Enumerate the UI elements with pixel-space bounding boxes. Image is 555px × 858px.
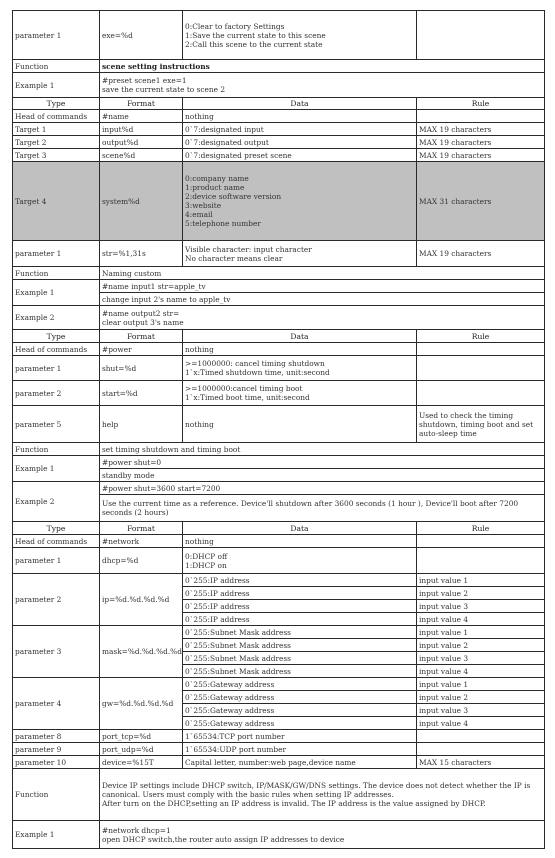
type-cell: parameter 9	[13, 743, 100, 756]
rule-cell: Used to check the timing shutdown, timin…	[417, 406, 545, 443]
data-cell: 0:company name 1:product name 2:device s…	[183, 162, 417, 241]
rule-cell	[417, 730, 545, 743]
type-cell: Target 2	[13, 136, 100, 149]
example-desc: standby mode	[100, 469, 545, 482]
data-cell: 0:DHCP off 1:DHCP on	[183, 548, 417, 574]
table-row: Target 3 scene%d 0`7:designated preset s…	[13, 149, 545, 162]
example-text: #network dhcp=1 open DHCP switch,the rou…	[100, 821, 545, 849]
rule-cell	[417, 343, 545, 356]
table-row: Function set timing shutdown and timing …	[13, 443, 545, 456]
type-cell: Function	[13, 267, 100, 280]
type-cell: Example 1	[13, 821, 100, 849]
rule-cell: MAX 19 characters	[417, 123, 545, 136]
data-cell: 0`255:IP address	[183, 600, 417, 613]
rule-cell: input value 1	[417, 678, 545, 691]
rule-cell: input value 2	[417, 587, 545, 600]
data-cell: >=1000000: cancel timing shutdown 1`x:Ti…	[183, 356, 417, 381]
format-cell: system%d	[100, 162, 183, 241]
type-cell: Example 1	[13, 73, 100, 98]
type-cell: Head of commands	[13, 343, 100, 356]
data-cell: nothing	[183, 535, 417, 548]
header-data: Data	[183, 522, 417, 535]
data-cell: 0`255:Subnet Mask address	[183, 665, 417, 678]
example-text: #name output2 str= clear output 3's name	[100, 306, 545, 330]
header-rule: Rule	[417, 522, 545, 535]
rule-cell: input value 3	[417, 600, 545, 613]
table-row: Head of commands #network nothing	[13, 535, 545, 548]
table-row: Example 1 #preset scene1 exe=1 save the …	[13, 73, 545, 98]
table-row: parameter 1 str=%1,31s Visible character…	[13, 241, 545, 267]
table-row: parameter 8 port_tcp=%d 1`65534:TCP port…	[13, 730, 545, 743]
table-row: parameter 9 port_udp=%d 1`65534:UDP port…	[13, 743, 545, 756]
type-cell: Target 3	[13, 149, 100, 162]
format-cell: gw=%d.%d.%d.%d	[100, 678, 183, 730]
type-cell: Function	[13, 60, 100, 73]
rule-cell: input value 1	[417, 574, 545, 587]
table-row: parameter 1 dhcp=%d 0:DHCP off 1:DHCP on	[13, 548, 545, 574]
table-row: Function Naming custom	[13, 267, 545, 280]
table-row: parameter 2 start=%d >=1000000:cancel ti…	[13, 381, 545, 406]
command-reference-table: parameter 1 exe=%d 0:Clear to factory Se…	[12, 10, 545, 849]
rule-cell: MAX 19 characters	[417, 241, 545, 267]
type-cell: Example 1	[13, 280, 100, 306]
format-cell: ip=%d.%d.%d.%d	[100, 574, 183, 626]
header-row: Type Format Data Rule	[13, 522, 545, 535]
header-type: Type	[13, 522, 100, 535]
data-cell: 0`255:Gateway address	[183, 717, 417, 730]
table-row: parameter 1 exe=%d 0:Clear to factory Se…	[13, 11, 545, 60]
data-cell: 0`255:Subnet Mask address	[183, 626, 417, 639]
table-row: Target 1 input%d 0`7:designated input MA…	[13, 123, 545, 136]
rule-cell: input value 4	[417, 613, 545, 626]
type-cell: parameter 1	[13, 11, 100, 60]
data-cell: 0:Clear to factory Settings 1:Save the c…	[183, 11, 417, 60]
format-cell: start=%d	[100, 381, 183, 406]
table-row: Function Device IP settings include DHCP…	[13, 769, 545, 821]
format-cell: input%d	[100, 123, 183, 136]
header-format: Format	[100, 98, 183, 110]
example-text: #preset scene1 exe=1 save the current st…	[100, 73, 545, 98]
example-command: #name input1 str=apple_tv	[100, 280, 545, 293]
rule-cell	[417, 356, 545, 381]
format-cell: str=%1,31s	[100, 241, 183, 267]
table-row: Example 1 #network dhcp=1 open DHCP swit…	[13, 821, 545, 849]
table-row: parameter 5 help nothing Used to check t…	[13, 406, 545, 443]
header-data: Data	[183, 98, 417, 110]
header-row: Type Format Data Rule	[13, 330, 545, 343]
format-cell: #name	[100, 110, 183, 123]
table-row: Target 2 output%d 0`7:designated output …	[13, 136, 545, 149]
data-cell: 0`255:Subnet Mask address	[183, 652, 417, 665]
header-data: Data	[183, 330, 417, 343]
rule-cell: MAX 19 characters	[417, 136, 545, 149]
type-cell: parameter 5	[13, 406, 100, 443]
header-type: Type	[13, 330, 100, 343]
rule-cell: input value 1	[417, 626, 545, 639]
type-cell: Target 4	[13, 162, 100, 241]
table-row: Head of commands #name nothing	[13, 110, 545, 123]
type-cell: Example 1	[13, 456, 100, 482]
type-cell: Head of commands	[13, 535, 100, 548]
header-format: Format	[100, 522, 183, 535]
rule-cell: input value 4	[417, 665, 545, 678]
table-row: parameter 10 device=%15T Capital letter,…	[13, 756, 545, 769]
rule-cell: input value 2	[417, 691, 545, 704]
data-cell: 1`65534:UDP port number	[183, 743, 417, 756]
rule-cell	[417, 11, 545, 60]
type-cell: Target 1	[13, 123, 100, 136]
header-rule: Rule	[417, 330, 545, 343]
example-desc: Use the current time as a reference. Dev…	[100, 495, 545, 522]
format-cell: exe=%d	[100, 11, 183, 60]
format-cell: output%d	[100, 136, 183, 149]
data-cell: 0`255:Gateway address	[183, 704, 417, 717]
table-row: parameter 4 gw=%d.%d.%d.%d 0`255:Gateway…	[13, 678, 545, 691]
rule-cell: input value 4	[417, 717, 545, 730]
header-rule: Rule	[417, 98, 545, 110]
type-cell: Example 2	[13, 306, 100, 330]
table-row: Example 1 #power shut=0	[13, 456, 545, 469]
type-cell: Example 2	[13, 482, 100, 522]
rule-cell	[417, 548, 545, 574]
data-cell: nothing	[183, 406, 417, 443]
type-cell: Function	[13, 769, 100, 821]
table-row: Example 1 #name input1 str=apple_tv	[13, 280, 545, 293]
function-text: Naming custom	[100, 267, 545, 280]
format-cell: shut=%d	[100, 356, 183, 381]
type-cell: parameter 4	[13, 678, 100, 730]
format-cell: port_tcp=%d	[100, 730, 183, 743]
data-cell: 0`7:designated output	[183, 136, 417, 149]
rule-cell: input value 3	[417, 704, 545, 717]
function-text: Device IP settings include DHCP switch, …	[100, 769, 545, 821]
example-desc: change input 2's name to apple_tv	[100, 293, 545, 306]
rule-cell: input value 3	[417, 652, 545, 665]
data-cell: 1`65534:TCP port number	[183, 730, 417, 743]
type-cell: Head of commands	[13, 110, 100, 123]
table-row-highlighted: Target 4 system%d 0:company name 1:produ…	[13, 162, 545, 241]
rule-cell	[417, 535, 545, 548]
format-cell: #network	[100, 535, 183, 548]
data-cell: 0`255:Gateway address	[183, 678, 417, 691]
type-cell: parameter 2	[13, 381, 100, 406]
data-cell: 0`255:IP address	[183, 613, 417, 626]
data-cell: nothing	[183, 110, 417, 123]
type-cell: parameter 1	[13, 241, 100, 267]
data-cell: >=1000000:cancel timing boot 1`x:Timed b…	[183, 381, 417, 406]
table-row: Example 2 #power shut=3600 start=7200	[13, 482, 545, 495]
format-cell: scene%d	[100, 149, 183, 162]
type-cell: parameter 1	[13, 356, 100, 381]
header-row: Type Format Data Rule	[13, 98, 545, 110]
data-cell: 0`255:Gateway address	[183, 691, 417, 704]
table-row: parameter 3 mask=%d.%d.%d.%d 0`255:Subne…	[13, 626, 545, 639]
data-cell: 0`7:designated input	[183, 123, 417, 136]
table-row: parameter 1 shut=%d >=1000000: cancel ti…	[13, 356, 545, 381]
rule-cell	[417, 381, 545, 406]
type-cell: parameter 10	[13, 756, 100, 769]
rule-cell: MAX 19 characters	[417, 149, 545, 162]
format-cell: device=%15T	[100, 756, 183, 769]
table-row: Head of commands #power nothing	[13, 343, 545, 356]
header-format: Format	[100, 330, 183, 343]
rule-cell: MAX 15 characters	[417, 756, 545, 769]
type-cell: parameter 1	[13, 548, 100, 574]
data-cell: 0`255:Subnet Mask address	[183, 639, 417, 652]
example-command: #power shut=0	[100, 456, 545, 469]
table-row: Example 2 #name output2 str= clear outpu…	[13, 306, 545, 330]
rule-cell	[417, 743, 545, 756]
data-cell: 0`7:designated preset scene	[183, 149, 417, 162]
example-command: #power shut=3600 start=7200	[100, 482, 545, 495]
data-cell: Capital letter, number:web page,device n…	[183, 756, 417, 769]
table-row: Function scene setting instructions	[13, 60, 545, 73]
format-cell: mask=%d.%d.%d.%d	[100, 626, 183, 678]
rule-cell: input value 2	[417, 639, 545, 652]
format-cell: help	[100, 406, 183, 443]
type-cell: parameter 2	[13, 574, 100, 626]
format-cell: #power	[100, 343, 183, 356]
header-type: Type	[13, 98, 100, 110]
format-cell: port_udp=%d	[100, 743, 183, 756]
data-cell: nothing	[183, 343, 417, 356]
data-cell: Visible character: input character No ch…	[183, 241, 417, 267]
data-cell: 0`255:IP address	[183, 587, 417, 600]
format-cell: dhcp=%d	[100, 548, 183, 574]
data-cell: 0`255:IP address	[183, 574, 417, 587]
table-row: parameter 2 ip=%d.%d.%d.%d 0`255:IP addr…	[13, 574, 545, 587]
rule-cell: MAX 31 characters	[417, 162, 545, 241]
function-text: set timing shutdown and timing boot	[100, 443, 545, 456]
function-text: scene setting instructions	[100, 60, 545, 73]
rule-cell	[417, 110, 545, 123]
type-cell: parameter 3	[13, 626, 100, 678]
type-cell: parameter 8	[13, 730, 100, 743]
type-cell: Function	[13, 443, 100, 456]
